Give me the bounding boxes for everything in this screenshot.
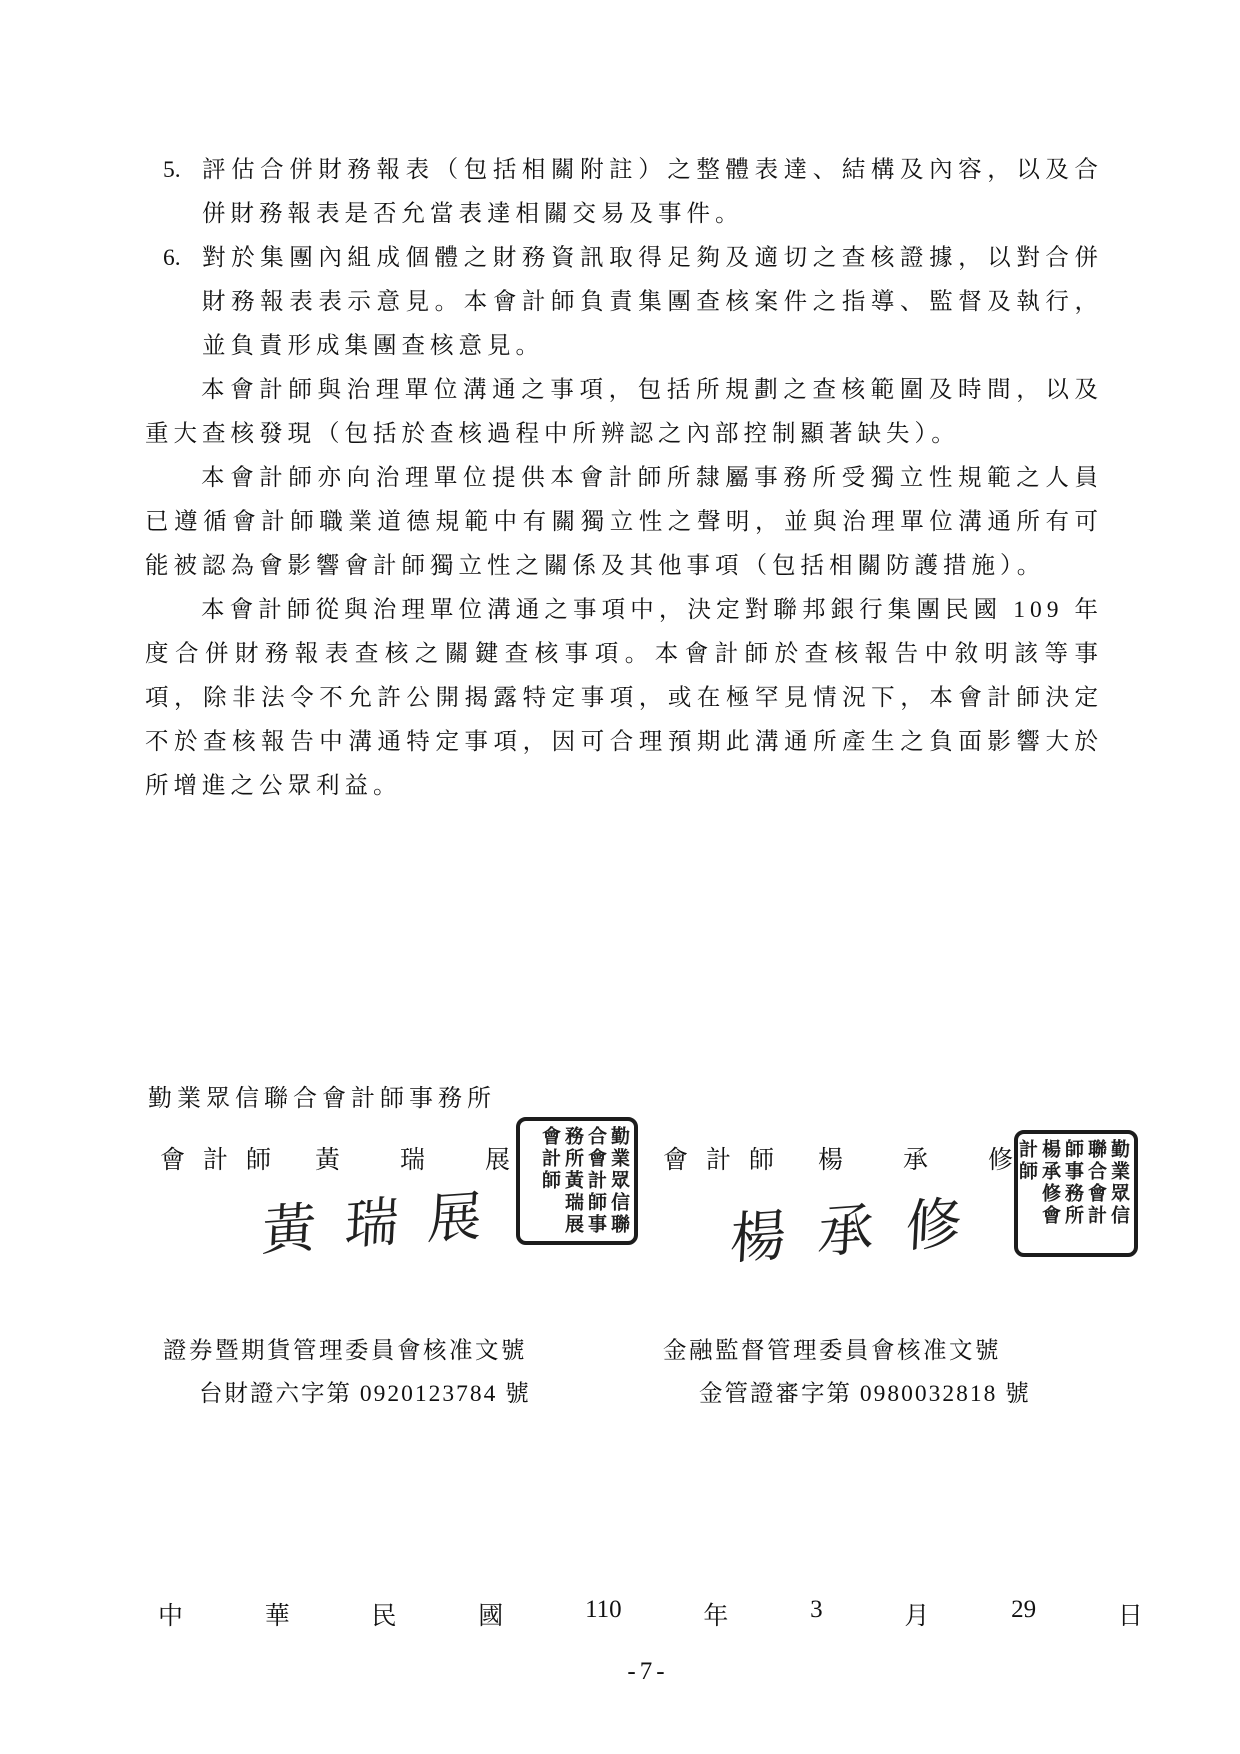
paragraph-communication: 本會計師與治理單位溝通之事項，包括所規劃之查核範圍及時間，以及重大查核發現（包括…	[145, 368, 1103, 456]
date-part: 月	[904, 1596, 929, 1632]
approval-title: 證券暨期貨管理委員會核准文號	[163, 1336, 531, 1366]
date-part: 中	[158, 1596, 183, 1632]
audit-report-page: 5. 評估合併財務報表（包括相關附註）之整體表達、結構及內容，以及合併財務報表是…	[0, 0, 1240, 1754]
date-part: 3	[810, 1596, 823, 1632]
paragraph-independence: 本會計師亦向治理單位提供本會計師所隸屬事務所受獨立性規範之人員已遵循會計師職業道…	[145, 456, 1103, 588]
accountant-title: 會計師	[663, 1140, 792, 1176]
date-part: 華	[265, 1596, 290, 1632]
name-char: 修	[988, 1140, 1013, 1176]
list-number: 6.	[163, 236, 181, 280]
date-part: 110	[585, 1596, 622, 1632]
accountant-row-yang: 會計師 楊 承 修	[663, 1140, 1013, 1176]
accountant-seal-huang: 勤業眾信聯合會計師事務所黃瑞展會計師	[516, 1117, 638, 1245]
approval-number: 台財證六字第 0920123784 號	[163, 1379, 531, 1409]
date-part: 日	[1118, 1596, 1143, 1632]
list-text: 評估合併財務報表（包括相關附註）之整體表達、結構及內容，以及合併財務報表是否允當…	[202, 157, 1103, 227]
approval-title: 金融監督管理委員會核准文號	[663, 1336, 1031, 1366]
name-char: 楊	[818, 1140, 843, 1176]
date-part: 年	[703, 1596, 728, 1632]
approval-sfc: 證券暨期貨管理委員會核准文號 台財證六字第 0920123784 號	[163, 1336, 531, 1409]
roc-date-line: 中 華 民 國 110 年 3 月 29 日	[158, 1596, 1143, 1632]
list-number: 5.	[163, 148, 181, 192]
list-text: 對於集團內組成個體之財務資訊取得足夠及適切之查核證據，以對合併財務報表表示意見。…	[202, 245, 1103, 359]
accountant-title: 會計師	[160, 1140, 289, 1176]
list-item-6: 6. 對於集團內組成個體之財務資訊取得足夠及適切之查核證據，以對合併財務報表表示…	[145, 236, 1103, 368]
name-char: 承	[903, 1140, 928, 1176]
date-part: 民	[372, 1596, 397, 1632]
accounting-firm-name: 勤業眾信聯合會計師事務所	[148, 1078, 496, 1113]
accountant-row-huang: 會計師 黃 瑞 展	[160, 1140, 510, 1176]
accountant-name: 黃 瑞 展	[315, 1140, 510, 1176]
accountant-seal-yang: 勤業眾信聯合會計師事務所楊承修會計師	[1014, 1130, 1138, 1257]
name-char: 黃	[315, 1140, 340, 1176]
name-char: 瑞	[400, 1140, 425, 1176]
approval-fsc: 金融監督管理委員會核准文號 金管證審字第 0980032818 號	[663, 1336, 1031, 1409]
approval-number: 金管證審字第 0980032818 號	[663, 1379, 1031, 1409]
date-part: 國	[478, 1596, 503, 1632]
accountant-name: 楊 承 修	[818, 1140, 1013, 1176]
date-part: 29	[1011, 1596, 1036, 1632]
list-item-5: 5. 評估合併財務報表（包括相關附註）之整體表達、結構及內容，以及合併財務報表是…	[145, 148, 1103, 236]
handwritten-signature-huang: 黃瑞展	[260, 1171, 512, 1266]
page-number: -7-	[28, 1658, 1240, 1686]
paragraph-key-audit-matters: 本會計師從與治理單位溝通之事項中，決定對聯邦銀行集團民國 109 年度合併財務報…	[145, 588, 1103, 808]
report-body: 5. 評估合併財務報表（包括相關附註）之整體表達、結構及內容，以及合併財務報表是…	[145, 148, 1103, 808]
handwritten-signature-yang: 楊承修	[728, 1177, 996, 1276]
